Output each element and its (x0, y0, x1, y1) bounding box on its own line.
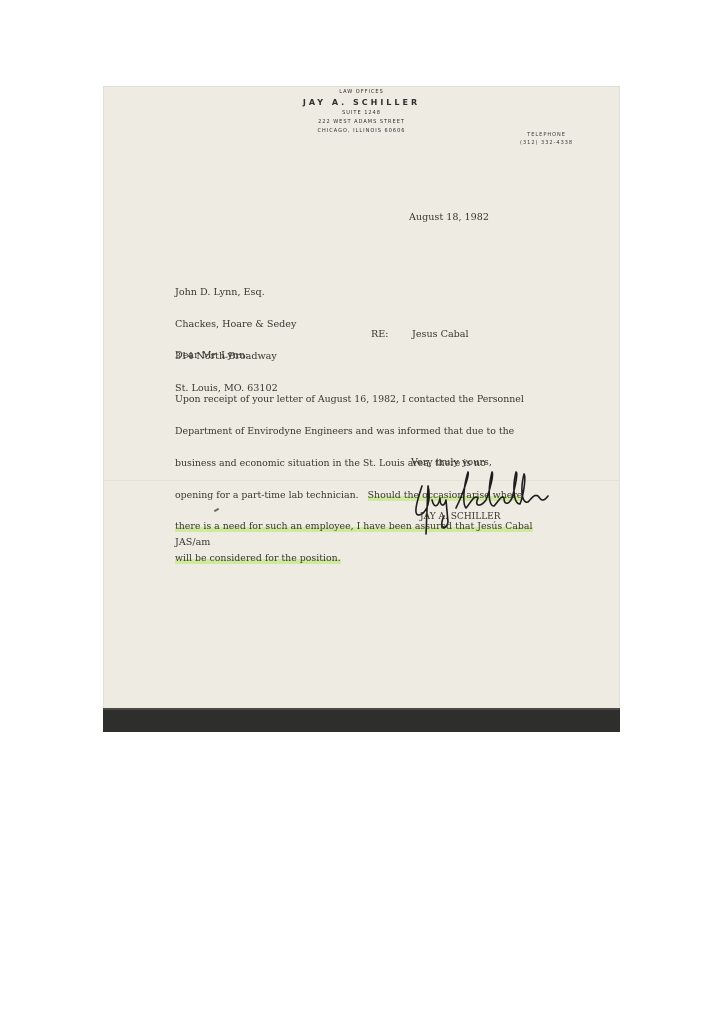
re-label: RE: (371, 330, 388, 341)
letterhead-label: LAW OFFICES (103, 88, 620, 97)
letterhead-telephone: TELEPHONE (312) 332-4338 (520, 131, 573, 147)
scanned-letter: LAW OFFICES JAY A. SCHILLER SUITE 1248 2… (103, 86, 620, 732)
re-subject: Jesus Cabal (412, 330, 469, 341)
highlighted-text: will be considered for the position. (175, 553, 341, 564)
letterhead: LAW OFFICES JAY A. SCHILLER SUITE 1248 2… (103, 88, 620, 136)
letterhead-name: JAY A. SCHILLER (103, 97, 620, 109)
telephone-label: TELEPHONE (520, 131, 573, 139)
handwritten-signature (408, 464, 588, 544)
body-line: Department of Envirodyne Engineers and w… (175, 427, 533, 438)
letterhead-suite: SUITE 1248 (103, 109, 620, 118)
telephone-number: (312) 332-4338 (520, 139, 573, 147)
typist-initials: JAS/am (175, 538, 210, 549)
body-line-text: opening for a part-time lab technician. (175, 490, 359, 501)
salutation: Dear Mr. Lynn: (175, 351, 248, 362)
recipient-line: John D. Lynn, Esq. (175, 288, 296, 299)
recipient-line: Chackes, Hoare & Sedey (175, 320, 296, 331)
letterhead-street: 222 WEST ADAMS STREET (103, 118, 620, 127)
letter-date: August 18, 1982 (409, 213, 489, 224)
body-line: will be considered for the position. (175, 554, 533, 565)
signer-name: JAY A. SCHILLER (420, 512, 501, 523)
scanner-edge-band (103, 708, 620, 732)
body-line: Upon receipt of your letter of August 16… (175, 395, 533, 406)
